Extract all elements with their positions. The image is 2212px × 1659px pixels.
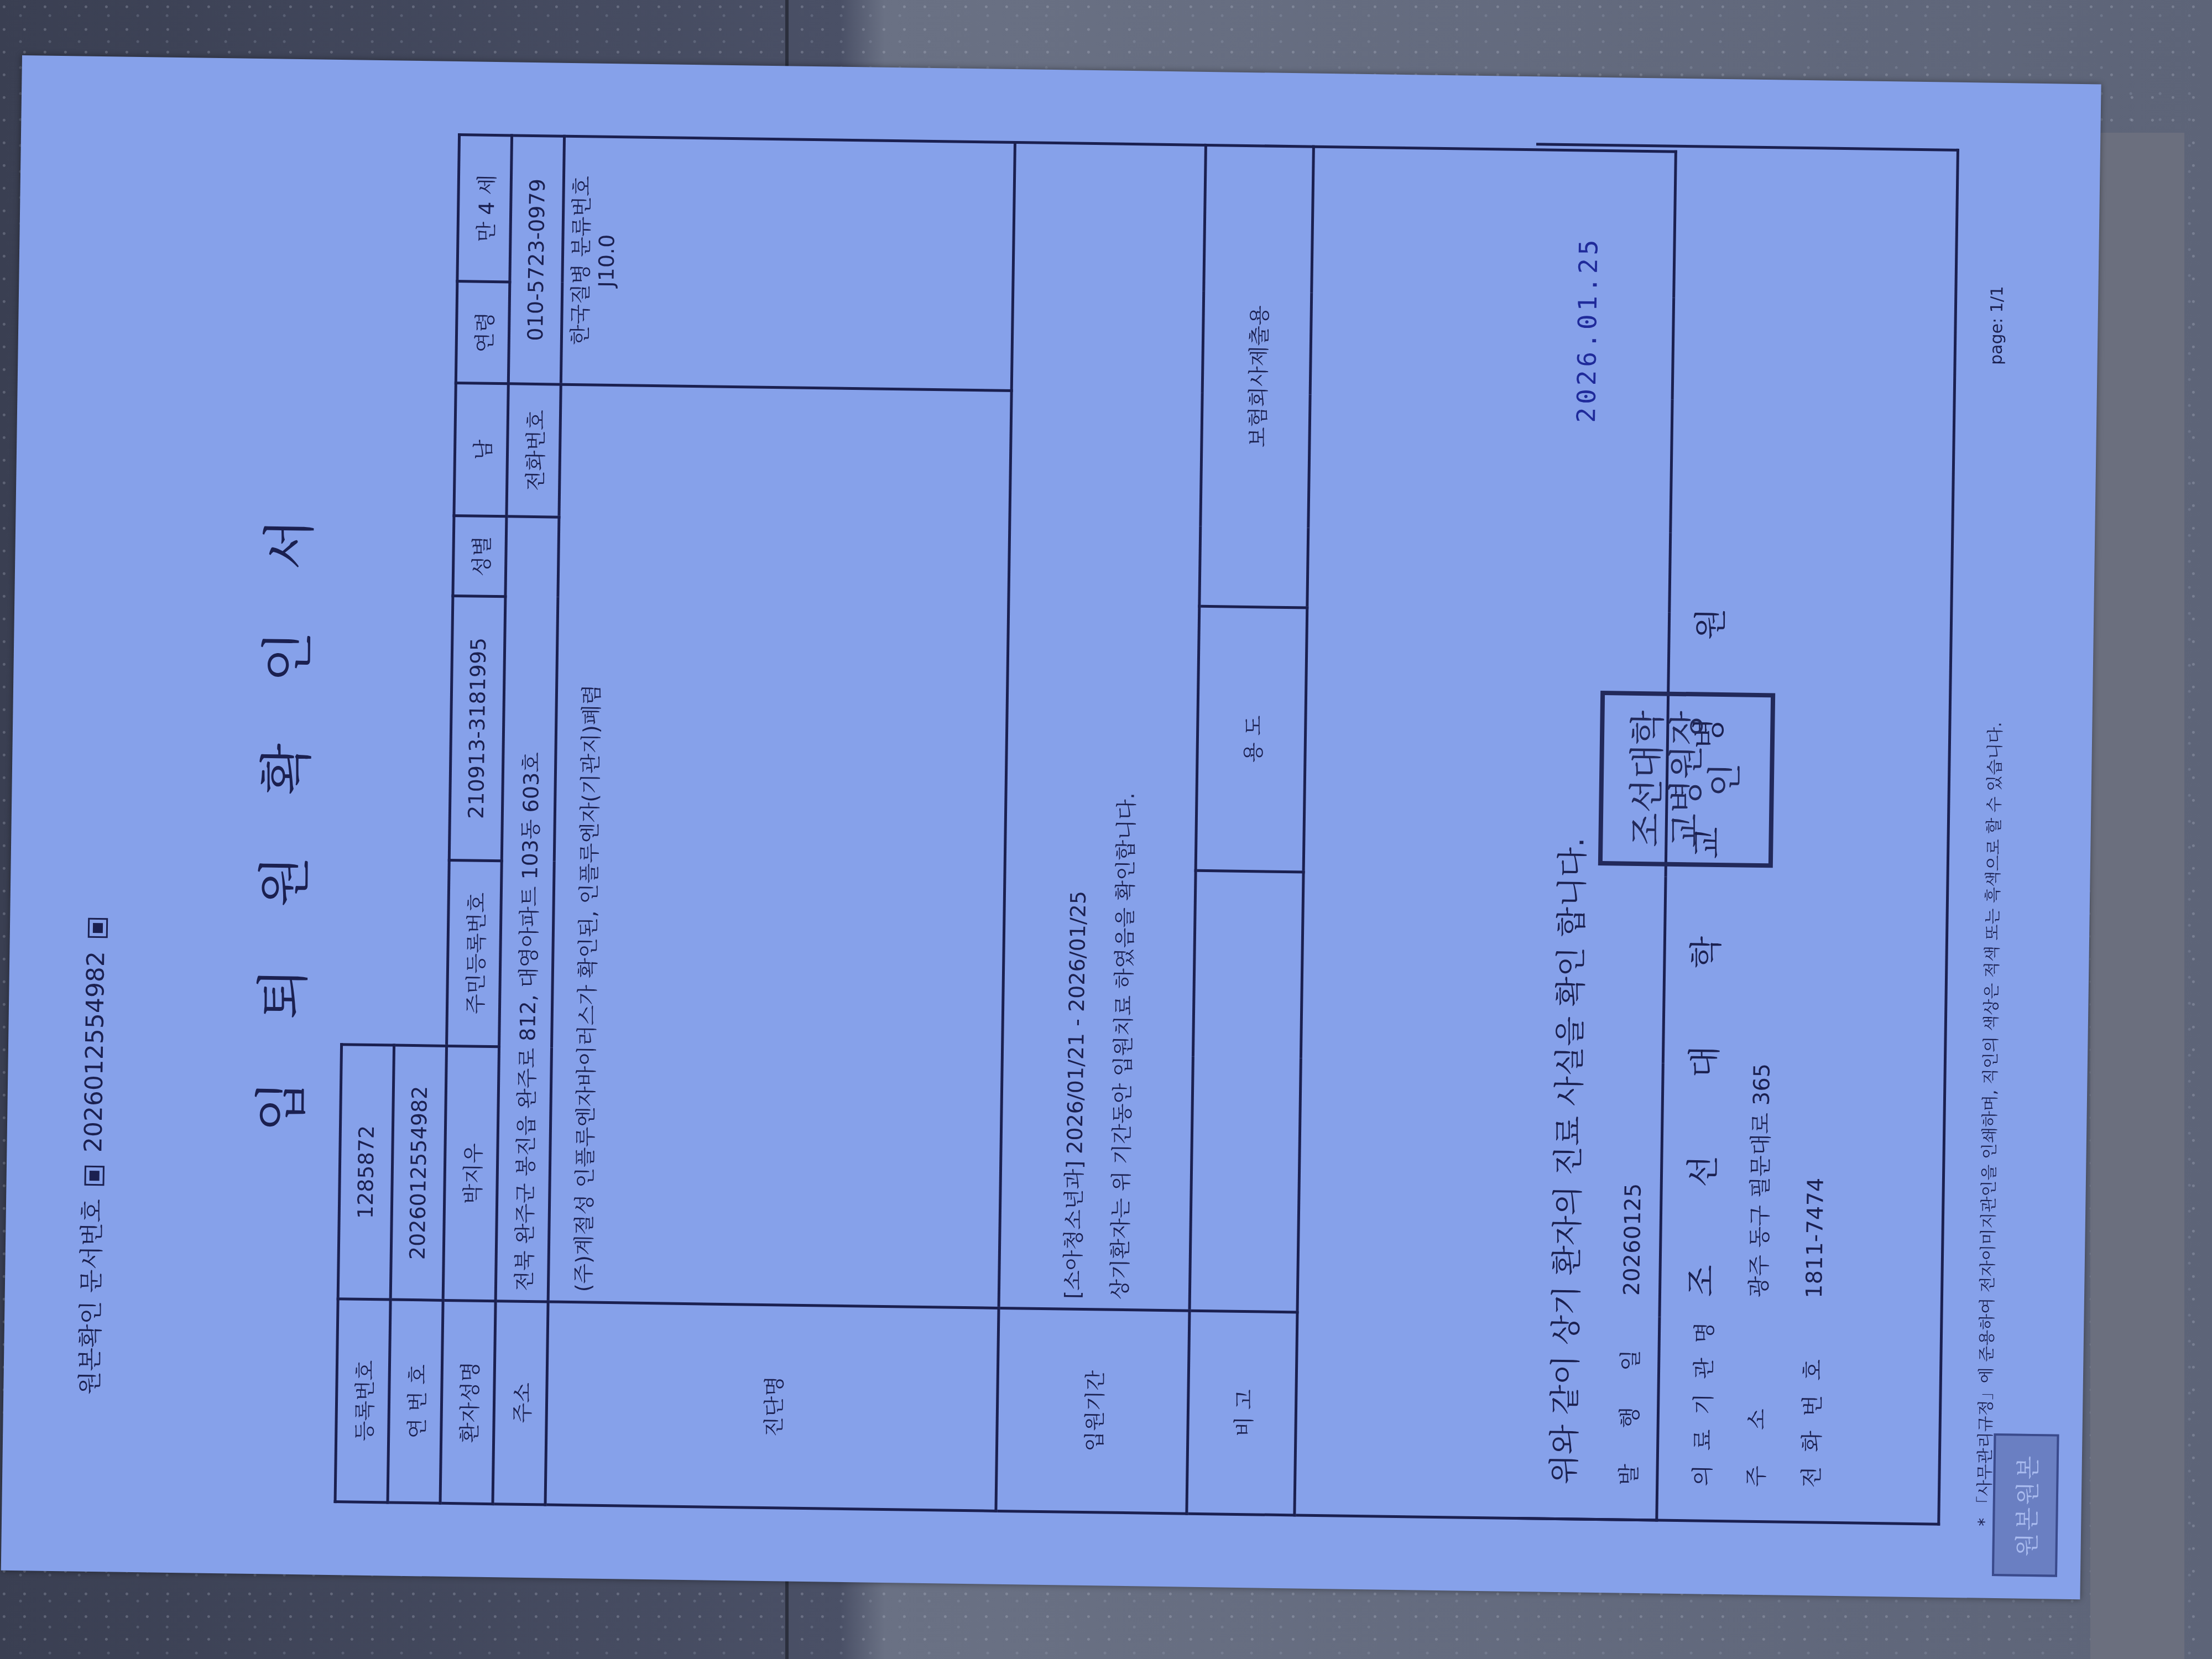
admission-form-table: 등록번호 1285872 연 번 호 2026012554982 환자성명 박지… — [334, 132, 1677, 1521]
purpose: 보험회사제출용 — [1199, 145, 1314, 607]
address-label: 주소 — [493, 1301, 548, 1505]
sex: 남 — [454, 383, 508, 517]
age: 만 4 세 — [457, 135, 512, 282]
institution-phone-row: 전화번호 1811-7474 — [1794, 1177, 1830, 1488]
institution-phone: 1811-7474 — [1802, 1177, 1829, 1298]
admission-dept: [소아청소년과] — [1061, 1161, 1087, 1299]
resident-no-label: 주민등록번호 — [447, 860, 502, 1047]
admission-period: 2026/01/21 - 2026/01/25 — [1062, 891, 1091, 1154]
institution-label: 의료기관명 — [1685, 1303, 1719, 1486]
confirmation-section: 위와 같이 상기 환자의 진료 사실을 확인 합니다. 발 행 일 202601… — [1517, 143, 1959, 1525]
phone-label: 전화번호 — [507, 383, 561, 517]
kcd-cell: 한국질병 분류번호 J10.0 — [561, 136, 1015, 390]
age-label: 연령 — [456, 281, 510, 383]
doc-number-line: 원본확인 문서번호 2026012554982 — [70, 912, 112, 1395]
doc-number: 2026012554982 — [79, 951, 110, 1153]
registration-no-label: 등록번호 — [335, 1299, 390, 1503]
page-label: page: — [1987, 318, 2007, 366]
resident-no: 210913-3181995 — [449, 596, 505, 860]
diagnosis-label: 진단명 — [545, 1302, 999, 1511]
kcd-code: J10.0 — [593, 147, 620, 375]
issue-date: 20260125 — [1619, 1183, 1646, 1296]
page-title: 입 퇴 원 확 인 서 — [239, 496, 324, 1133]
institution-address: 광주 동구 필문대로 365 — [1746, 1063, 1775, 1297]
confirmation-statement: 위와 같이 상기 환자의 진료 사실을 확인 합니다. — [1540, 837, 1593, 1484]
institution-address-label: 주 소 — [1739, 1305, 1773, 1488]
age-prefix: 만 — [474, 221, 499, 242]
admission-statement: 상기환자는 위 기간동안 입원치료 하였음을 확인합니다. — [1103, 154, 1149, 1300]
institution-row: 의료기관명 조선대학교병원 — [1672, 530, 1733, 1486]
serial-no: 2026012554982 — [390, 1045, 446, 1300]
patient-name: 박지우 — [443, 1046, 499, 1301]
checkbox-icon — [84, 1166, 104, 1186]
age-value: 4 — [474, 201, 499, 215]
document-sheet: 원본확인 문서번호 2026012554982 입 퇴 원 확 인 서 등록번호… — [1, 55, 2101, 1599]
issue-date-label: 발 행 일 — [1611, 1302, 1646, 1485]
remarks-label: 비 고 — [1187, 1311, 1297, 1515]
document-content: 원본확인 문서번호 2026012554982 입 퇴 원 확 인 서 등록번호… — [1, 55, 2101, 1599]
phone: 010-5723-0979 — [508, 135, 564, 384]
institution-address-row: 주 소 광주 동구 필문대로 365 — [1739, 1063, 1776, 1487]
page-number: 1/1 — [1987, 286, 2007, 313]
admission-period-label: 입원기간 — [996, 1308, 1190, 1514]
page-indicator: page: 1/1 — [1987, 286, 2007, 365]
age-suffix: 세 — [474, 174, 499, 195]
patient-name-label: 환자성명 — [440, 1300, 495, 1504]
wooden-edge — [2090, 133, 2184, 1659]
institution-phone-label: 전화번호 — [1794, 1305, 1828, 1488]
diagnosis: (주)계절성 인플루엔자바이러스가 확인된, 인플루엔자(기관지)폐렴 — [548, 384, 1011, 1308]
stamp-date: 2026.01.25 — [1571, 236, 1604, 423]
issue-date-row: 발 행 일 20260125 — [1611, 1183, 1647, 1485]
official-seal: 조선대학교병원장인 — [1598, 691, 1775, 868]
kcd-label: 한국질병 분류번호 — [562, 147, 596, 374]
sex-label: 성별 — [453, 516, 507, 597]
registration-no: 1285872 — [338, 1045, 394, 1300]
purpose-label: 용 도 — [1196, 606, 1307, 872]
admission-period-cell: [소아청소년과] 2026/01/21 - 2026/01/25 상기환자는 위… — [999, 143, 1206, 1311]
serial-no-label: 연 번 호 — [388, 1300, 443, 1503]
remarks-value — [1190, 870, 1303, 1312]
original-stamp: 원본원본 — [1992, 1433, 2059, 1577]
institution-name: 조선대학교병원 — [1682, 530, 1731, 1297]
checkbox-icon — [88, 918, 108, 938]
doc-number-label: 원본확인 문서번호 — [76, 1199, 107, 1395]
footer-note: * 「사무관리규정」에 준용하여 전자이미지관인을 인쇄하며, 직인의 색상은 … — [1970, 722, 2006, 1526]
